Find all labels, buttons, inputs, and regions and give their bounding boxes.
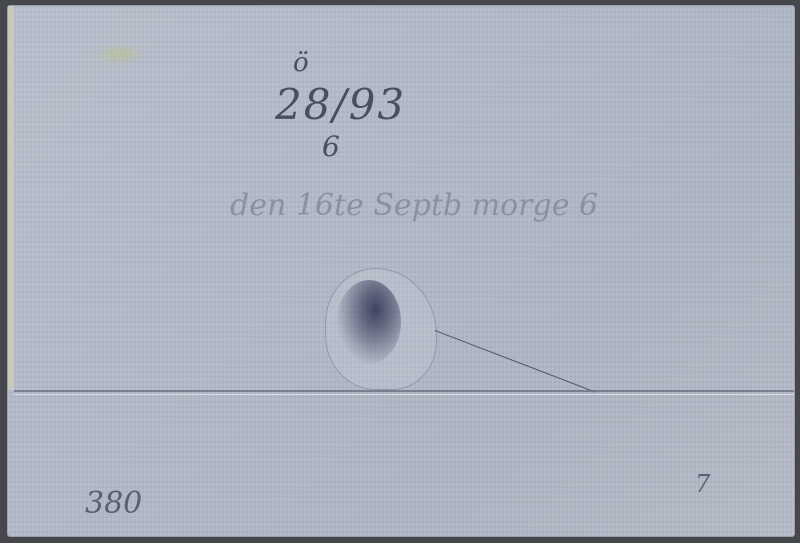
stain: [95, 43, 145, 65]
pencil-date-note: 28/93: [275, 80, 406, 129]
letter-photo: ö 28/93 6 den 16te Septb morge 6 380 7: [0, 0, 800, 543]
fold-highlight: [14, 394, 794, 395]
script-line: den 16te Septb morge 6: [230, 188, 598, 223]
lot-number: 380: [85, 486, 142, 521]
flap-edge: [8, 6, 14, 390]
pencil-mark-top: ö: [293, 48, 309, 78]
wax-seal-impression: [337, 280, 401, 364]
pencil-date-sub: 6: [322, 130, 340, 163]
corner-mark: 7: [695, 470, 710, 498]
fold-line: [14, 390, 794, 392]
